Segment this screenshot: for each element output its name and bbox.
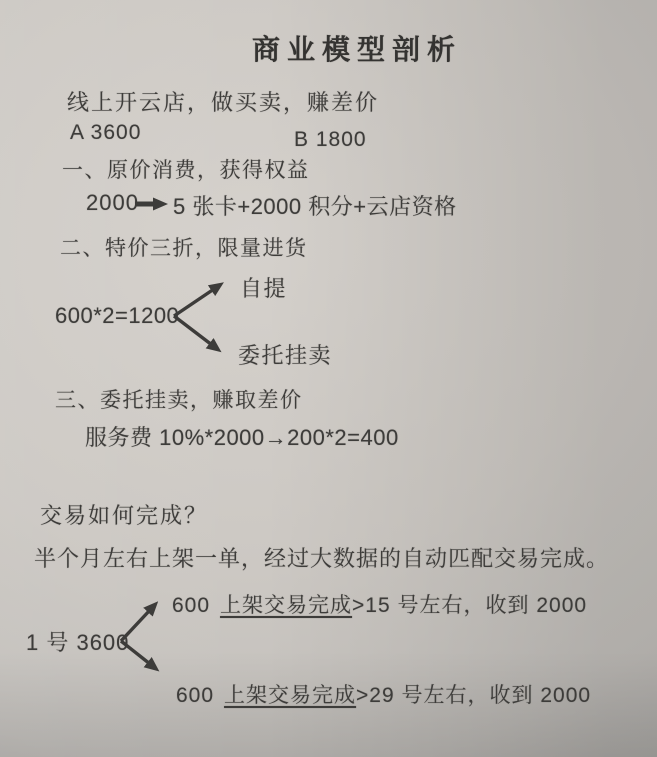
section3-formula: 服务费 10%*2000→200*2=400 <box>85 421 399 452</box>
settlement-bottom-amount: 600 <box>176 684 214 707</box>
settlement-top-amount: 600 <box>172 594 210 617</box>
intro-line: 线上开云店，做买卖，赚差价 <box>67 86 379 117</box>
section1-output-value: 5 张卡+2000 积分+云店资格 <box>173 190 457 221</box>
settlement-node-value: 1 号 3600 <box>26 626 129 657</box>
section3-heading: 三、委托挂卖，赚取差价 <box>55 384 303 414</box>
settlement-top-underlined: 上架交易完成 <box>220 594 352 617</box>
settlement-bottom-line: 600上架交易完成>29 号左右，收到 2000 <box>176 679 591 709</box>
section1-input-value: 2000 <box>86 190 139 216</box>
branch-up-arrow-icon <box>174 289 214 316</box>
document-photo: 商业模型剖析 线上开云店，做买卖，赚差价 A 3600 B 1800 一、原价消… <box>0 0 657 757</box>
option-a-value: A 3600 <box>70 121 141 145</box>
branch-down-arrow-icon <box>174 316 212 345</box>
settlement-top-line: 600上架交易完成>15 号左右，收到 2000 <box>172 589 587 619</box>
settlement-bottom-rest: >29 号左右，收到 2000 <box>356 684 591 707</box>
page-title: 商业模型剖析 <box>252 28 462 68</box>
option-b-value: B 1800 <box>294 128 367 152</box>
settlement-bottom-underlined: 上架交易完成 <box>224 684 356 707</box>
question-line: 交易如何完成？ <box>40 499 208 530</box>
branch-node-value: 600*2=1200 <box>55 303 179 329</box>
section1-heading: 一、原价消费，获得权益 <box>62 154 310 184</box>
answer-line: 半个月左右上架一单，经过大数据的自动匹配交易完成。 <box>34 542 609 573</box>
branch-bottom-label: 委托挂卖 <box>238 339 332 370</box>
settlement-top-rest: >15 号左右，收到 2000 <box>352 594 587 617</box>
branch-top-label: 自提 <box>240 272 287 303</box>
section2-heading: 二、特价三折，限量进货 <box>60 232 308 262</box>
